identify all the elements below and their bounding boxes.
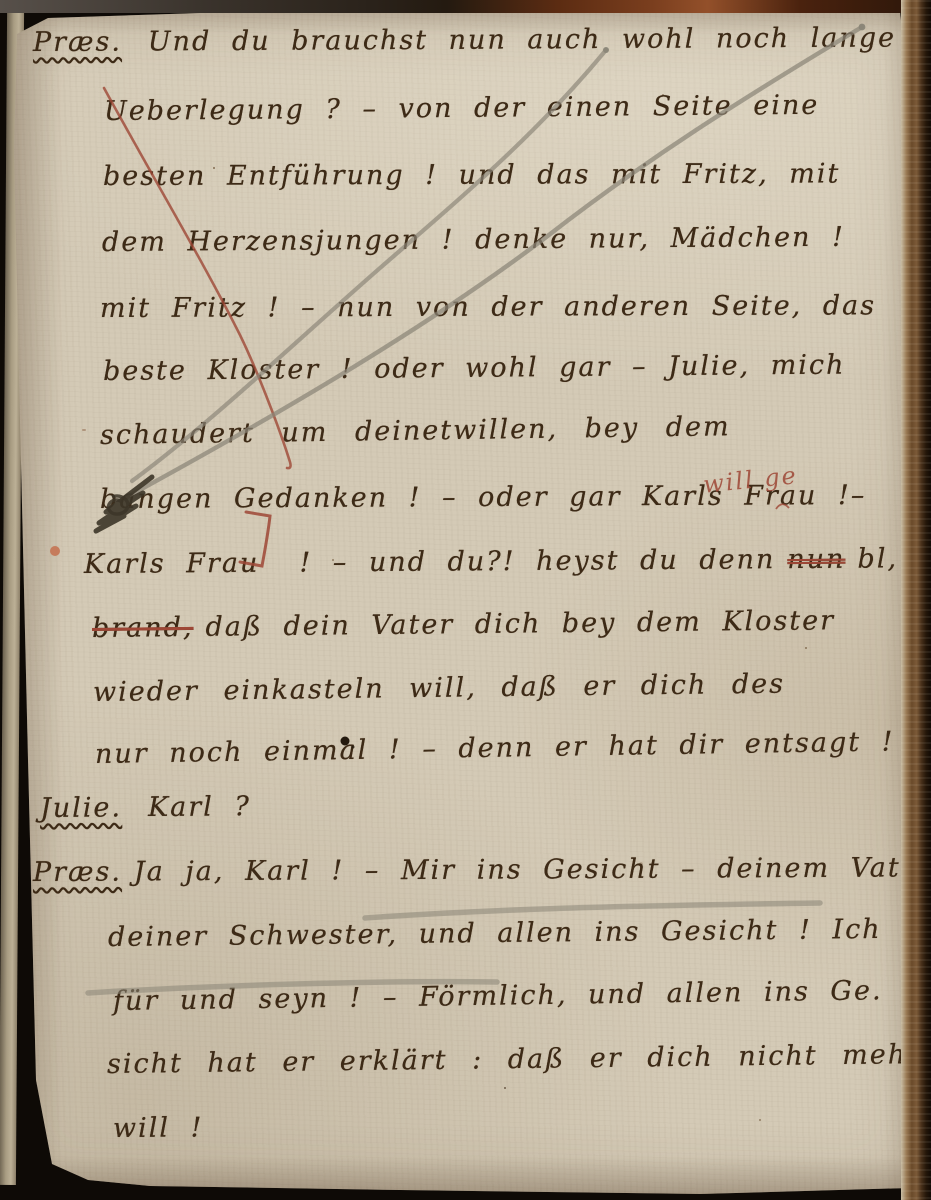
text-line-17: sicht hat er erklärt : daß er dich nicht…: [107, 1038, 923, 1082]
text-line-13: Julie.Karl ?: [40, 790, 251, 826]
page-block-edge-right: [901, 0, 931, 1200]
text-line-10: brand,daß dein Vater dich bey dem Kloste…: [92, 604, 835, 646]
line-text: Ja ja, Karl ! – Mir ins Gesicht – deinem…: [134, 852, 931, 887]
text-line-2: Ueberlegung ? – von der einen Seite eine: [104, 89, 820, 129]
red-struck-word: nun: [787, 544, 845, 575]
line-text: daß dein Vater dich bey dem Kloster: [205, 605, 835, 643]
line-text: Karls Frau: [84, 548, 260, 580]
text-line-9: Karls Frau! – und du?! heyst du dennnunb…: [84, 542, 898, 582]
line-text: ! – und du?! heyst du denn: [299, 544, 775, 578]
line-text: Karl ?: [148, 791, 251, 823]
text-line-5: mit Fritz ! – nun von der anderen Seite,…: [100, 289, 876, 326]
kurrent-handwriting: Præs.Und du brauchst nun auch wohl noch …: [0, 0, 931, 1200]
book-binding-top-edge: [0, 0, 931, 13]
text-line-3: besten Entführung ! und das mit Fritz, m…: [103, 157, 840, 194]
text-line-16: für und seyn ! – Förmlich, und allen ins…: [113, 974, 883, 1019]
book-photo: Præs.Und du brauchst nun auch wohl noch …: [0, 0, 931, 1200]
text-line-15: deiner Schwester, und allen ins Gesicht …: [108, 913, 882, 955]
text-line-11: wieder einkasteln will, daß er dich des: [93, 668, 785, 710]
text-line-18: will !: [113, 1111, 204, 1146]
text-line-14: Præs.Ja ja, Karl ! – Mir ins Gesicht – d…: [33, 851, 931, 890]
text-line-1: Præs.Und du brauchst nun auch wohl noch …: [33, 21, 896, 60]
text-line-6: beste Kloster ! oder wohl gar – Julie, m…: [103, 349, 846, 389]
line-text: Und du brauchst nun auch wohl noch lange: [148, 22, 896, 57]
red-struck-word: brand,: [92, 612, 194, 644]
speaker-label-praes: Præs.: [33, 27, 122, 58]
speaker-label-julie: Julie.: [40, 792, 122, 824]
text-line-7: schaudert um deinetwillen, bey dem: [100, 410, 731, 453]
line-text: bl,: [857, 543, 898, 574]
text-line-4: dem Herzensjungen ! denke nur, Mädchen !: [102, 221, 845, 260]
speaker-label-praes: Præs.: [33, 857, 122, 888]
text-line-12: nur noch einmal ! – denn er hat dir ents…: [95, 725, 895, 772]
